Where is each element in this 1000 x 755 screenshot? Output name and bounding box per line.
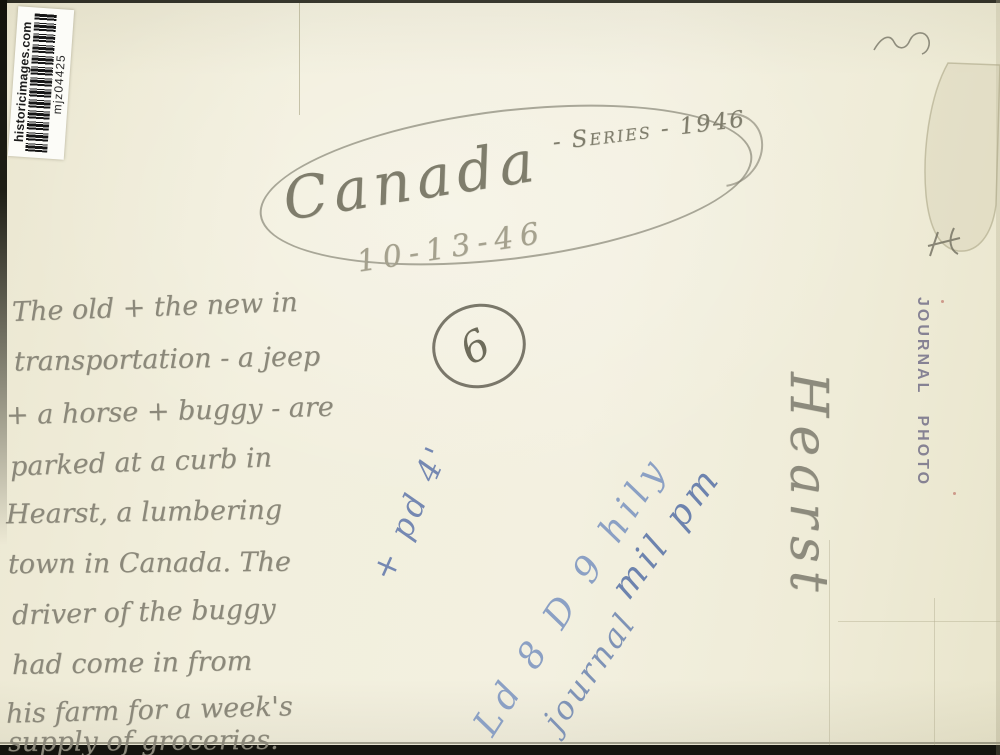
caption-line: transportation - a jeep (14, 341, 321, 377)
blue-annotation-fragment: + pd 4' (363, 438, 457, 586)
pencil-squiggle-mark (868, 24, 940, 64)
photo-back-scan: historicimages.com mjz04425 Canada - Ser… (0, 0, 1000, 755)
photo-number: 6 (451, 318, 499, 374)
photo-number-circle: 6 (424, 295, 533, 397)
pencil-scribble-mark (920, 222, 980, 262)
ink-speck (953, 492, 956, 495)
caption-line: his farm for a week's (6, 691, 293, 729)
photo-id-sticker: historicimages.com mjz04425 (8, 6, 74, 160)
paper-edge-top (0, 0, 1000, 3)
paper-edge-left (0, 0, 7, 545)
caption-line: had come in from (12, 646, 253, 681)
caption-line: supply of groceries. (8, 725, 279, 755)
location-note-handwriting: Hearst (778, 372, 838, 624)
paper-crease (299, 3, 300, 115)
ink-speck (941, 300, 944, 303)
caption-line: + a horse + buggy - are (6, 392, 335, 432)
journal-photo-stamp: JOURNAL PHOTO (913, 297, 931, 492)
caption-line: town in Canada. The (8, 547, 291, 580)
paper-crease (838, 621, 1000, 622)
caption-line: Hearst, a lumbering (6, 495, 283, 531)
caption-line: parked at a curb in (10, 442, 273, 482)
caption-line: driver of the buggy (12, 594, 276, 632)
caption-line: The old + the new in (12, 287, 299, 328)
